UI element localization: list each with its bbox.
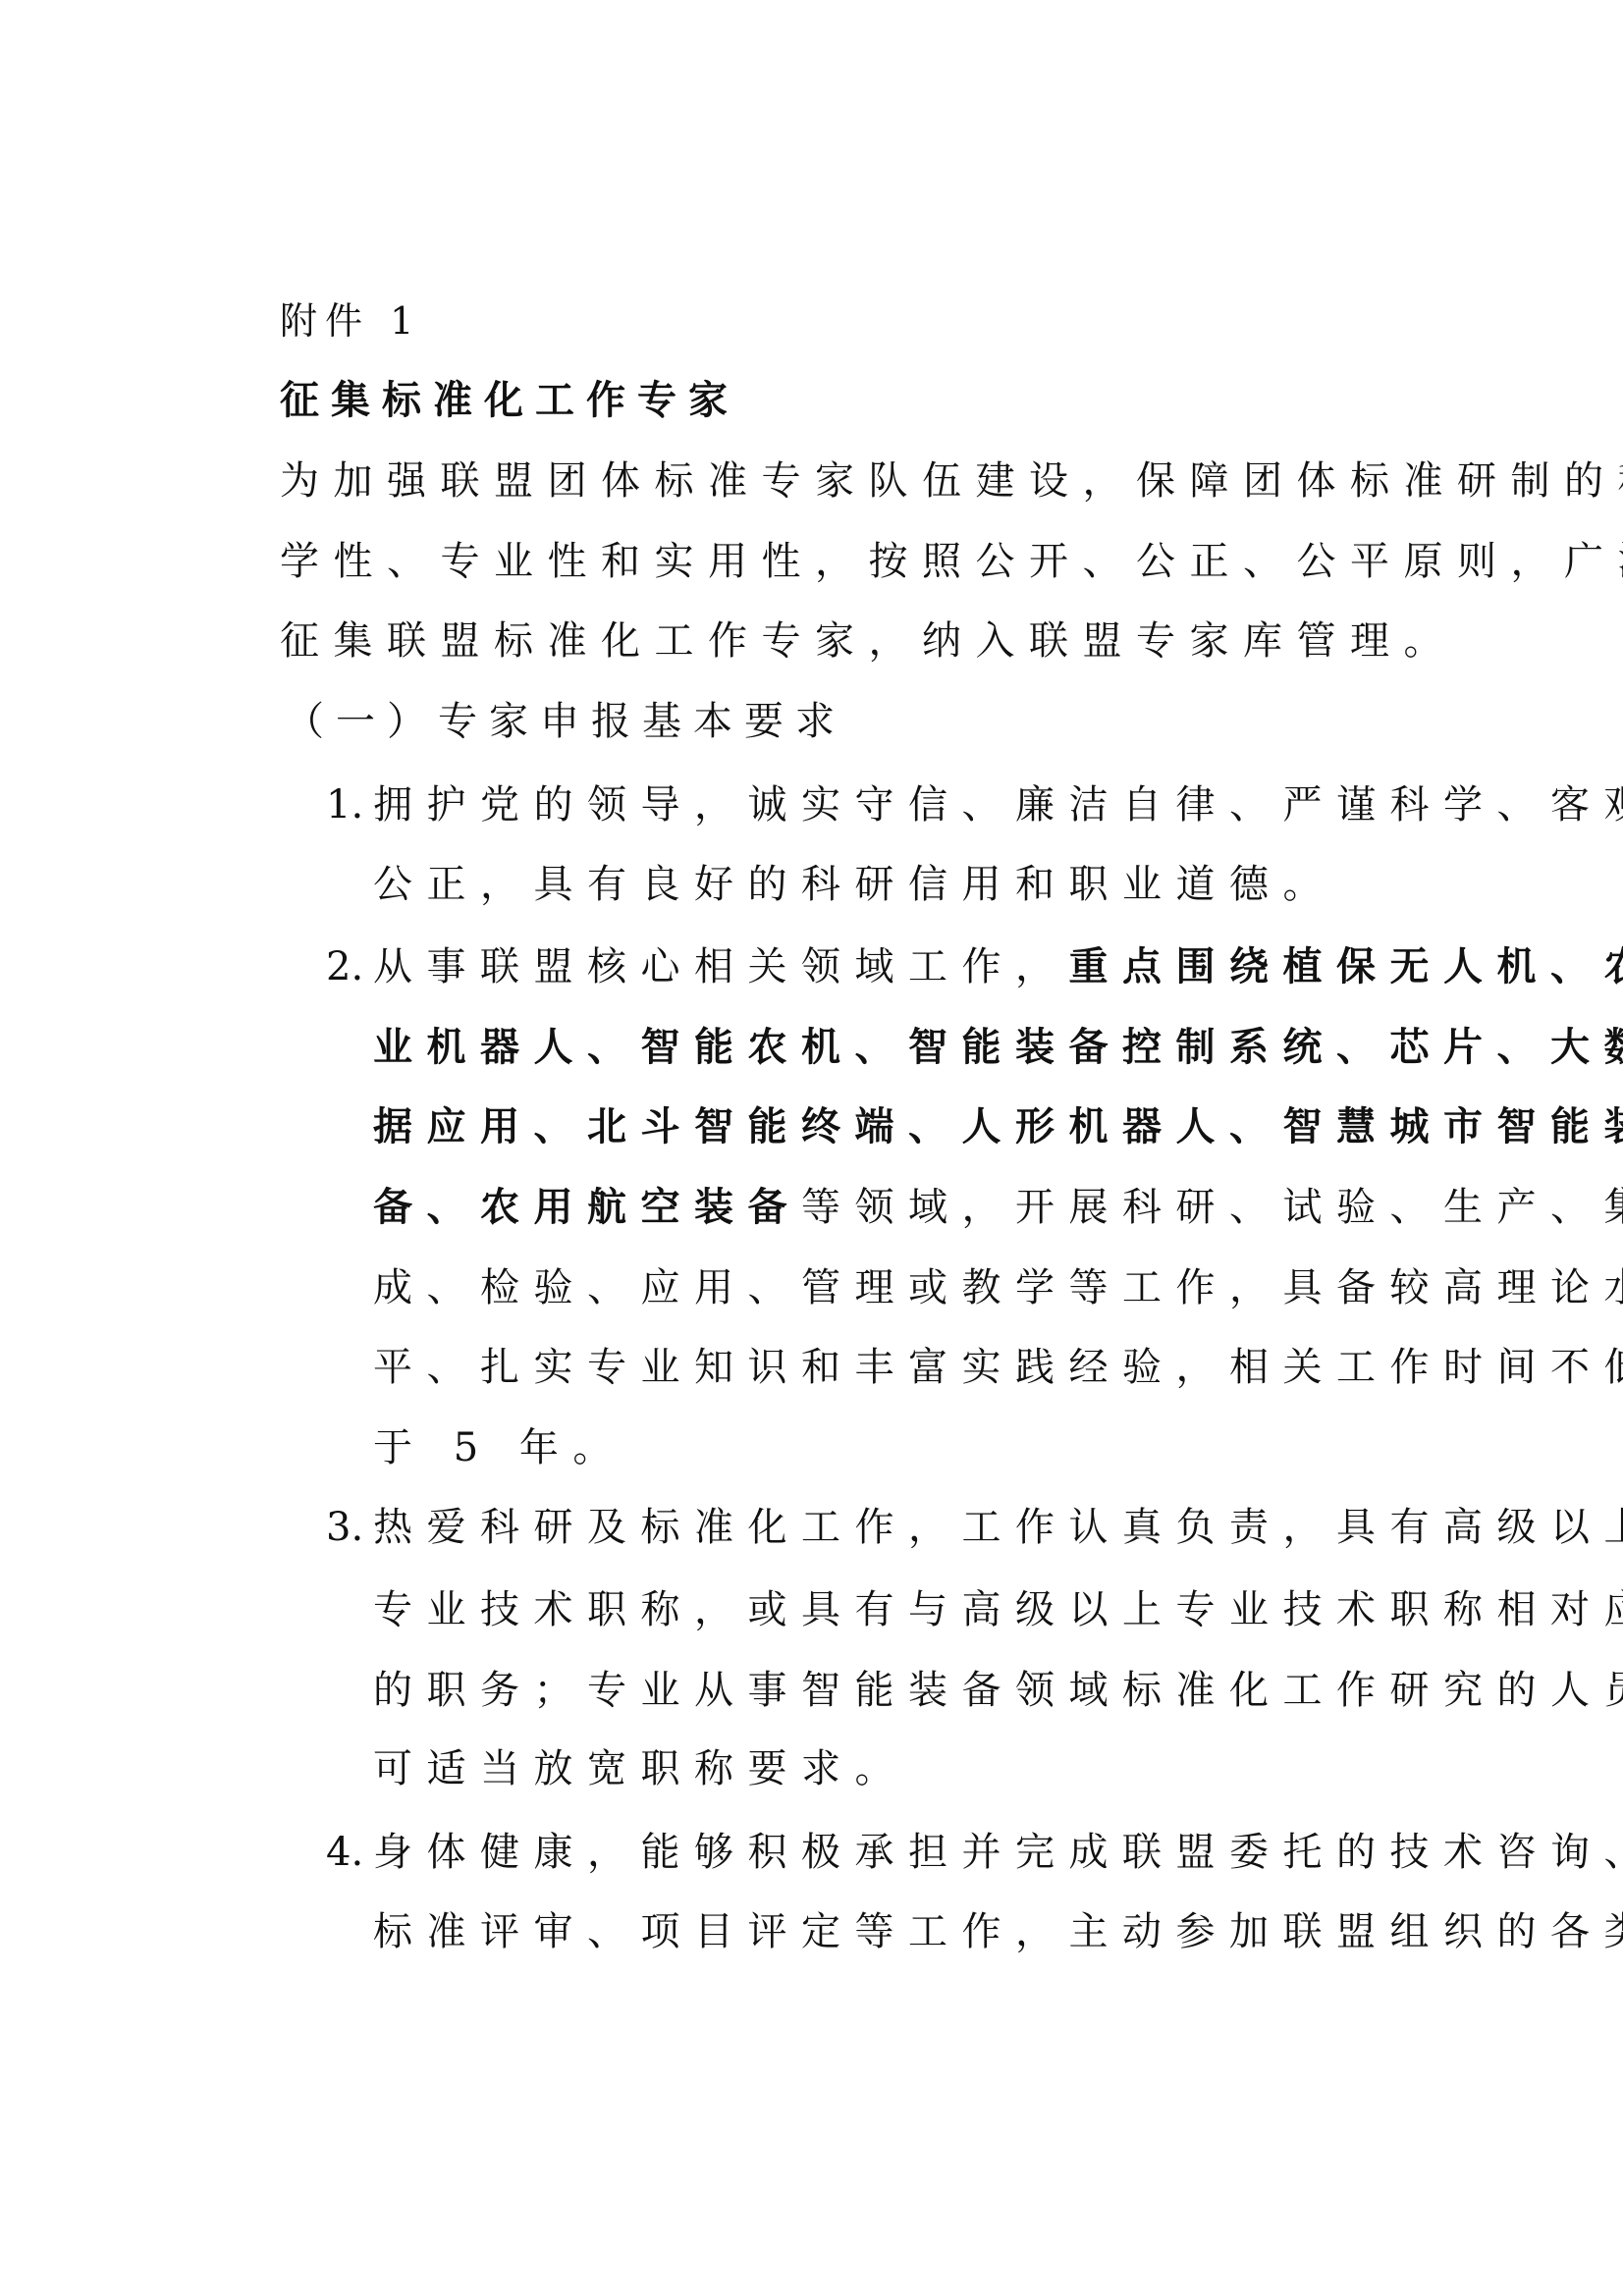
requirement-line: 的职务；专业从事智能装备领域标准化工作研究的人员， bbox=[373, 1666, 1623, 1715]
body-text: 公正，具有良好的科研信用和职业道德。 bbox=[373, 862, 1336, 907]
body-text: 于 5 年。 bbox=[373, 1425, 626, 1470]
item-number: 2. bbox=[326, 942, 363, 991]
body-text: 标准评审、项目评定等工作，主动参加联盟组织的各类 bbox=[373, 1909, 1623, 1954]
document-page: 附件 1 征集标准化工作专家 为加强联盟团体标准专家队伍建设，保障团体标准研制的… bbox=[0, 0, 1623, 2296]
requirement-line: 可适当放宽职称要求。 bbox=[373, 1744, 908, 1793]
body-text: 热爱科研及标准化工作，工作认真负责，具有高级以上 bbox=[373, 1505, 1623, 1550]
emphasized-text: 据应用、北斗智能终端、人形机器人、智慧城市智能装 bbox=[373, 1104, 1623, 1149]
requirement-line: 标准评审、项目评定等工作，主动参加联盟组织的各类 bbox=[373, 1907, 1623, 1956]
body-text: 从事联盟核心相关领域工作， bbox=[373, 944, 1069, 989]
item-number: 3. bbox=[326, 1503, 363, 1552]
requirement-line: 公正，具有良好的科研信用和职业道德。 bbox=[373, 860, 1336, 909]
requirement-line: 备、农用航空装备等领域，开展科研、试验、生产、集 bbox=[373, 1183, 1623, 1232]
requirement-line: 平、扎实专业知识和丰富实践经验，相关工作时间不低 bbox=[373, 1343, 1623, 1392]
body-text: 拥护党的领导，诚实守信、廉洁自律、严谨科学、客观 bbox=[373, 782, 1623, 828]
requirement-line: 成、检验、应用、管理或教学等工作，具备较高理论水 bbox=[373, 1263, 1623, 1312]
item-number: 1. bbox=[326, 780, 363, 829]
requirement-line: 3.热爱科研及标准化工作，工作认真负责，具有高级以上 bbox=[373, 1503, 1623, 1552]
requirement-line: 于 5 年。 bbox=[373, 1423, 626, 1472]
requirement-line: 专业技术职称，或具有与高级以上专业技术职称相对应 bbox=[373, 1585, 1623, 1634]
body-text: 等领域，开展科研、试验、生产、集 bbox=[801, 1185, 1623, 1230]
emphasized-text: 业机器人、智能农机、智能装备控制系统、芯片、大数 bbox=[373, 1025, 1623, 1070]
emphasized-text: 备、农用航空装备 bbox=[373, 1185, 801, 1230]
body-text: 平、扎实专业知识和丰富实践经验，相关工作时间不低 bbox=[373, 1345, 1623, 1390]
body-text: 可适当放宽职称要求。 bbox=[373, 1746, 908, 1791]
requirement-line: 据应用、北斗智能终端、人形机器人、智慧城市智能装 bbox=[373, 1102, 1623, 1151]
intro-line: 学性、专业性和实用性，按照公开、公正、公平原则，广泛 bbox=[280, 537, 1623, 586]
body-text: 专业技术职称，或具有与高级以上专业技术职称相对应 bbox=[373, 1587, 1623, 1632]
requirement-line: 4.身体健康，能够积极承担并完成联盟委托的技术咨询、 bbox=[373, 1828, 1623, 1877]
intro-line: 征集联盟标准化工作专家，纳入联盟专家库管理。 bbox=[280, 616, 1457, 666]
requirement-line: 业机器人、智能农机、智能装备控制系统、芯片、大数 bbox=[373, 1023, 1623, 1072]
body-text: 成、检验、应用、管理或教学等工作，具备较高理论水 bbox=[373, 1265, 1623, 1310]
document-title: 征集标准化工作专家 bbox=[280, 376, 739, 425]
item-number: 4. bbox=[326, 1828, 363, 1877]
body-text: 的职务；专业从事智能装备领域标准化工作研究的人员， bbox=[373, 1668, 1623, 1713]
requirement-line: 2.从事联盟核心相关领域工作，重点围绕植保无人机、农 bbox=[373, 942, 1623, 991]
intro-line: 为加强联盟团体标准专家队伍建设，保障团体标准研制的科 bbox=[280, 456, 1623, 506]
attachment-label: 附件 1 bbox=[280, 296, 421, 346]
body-text: 身体健康，能够积极承担并完成联盟委托的技术咨询、 bbox=[373, 1830, 1623, 1875]
emphasized-text: 重点围绕植保无人机、农 bbox=[1069, 944, 1623, 989]
section-heading: （一）专家申报基本要求 bbox=[285, 697, 846, 746]
requirement-line: 1.拥护党的领导，诚实守信、廉洁自律、严谨科学、客观 bbox=[373, 780, 1623, 829]
